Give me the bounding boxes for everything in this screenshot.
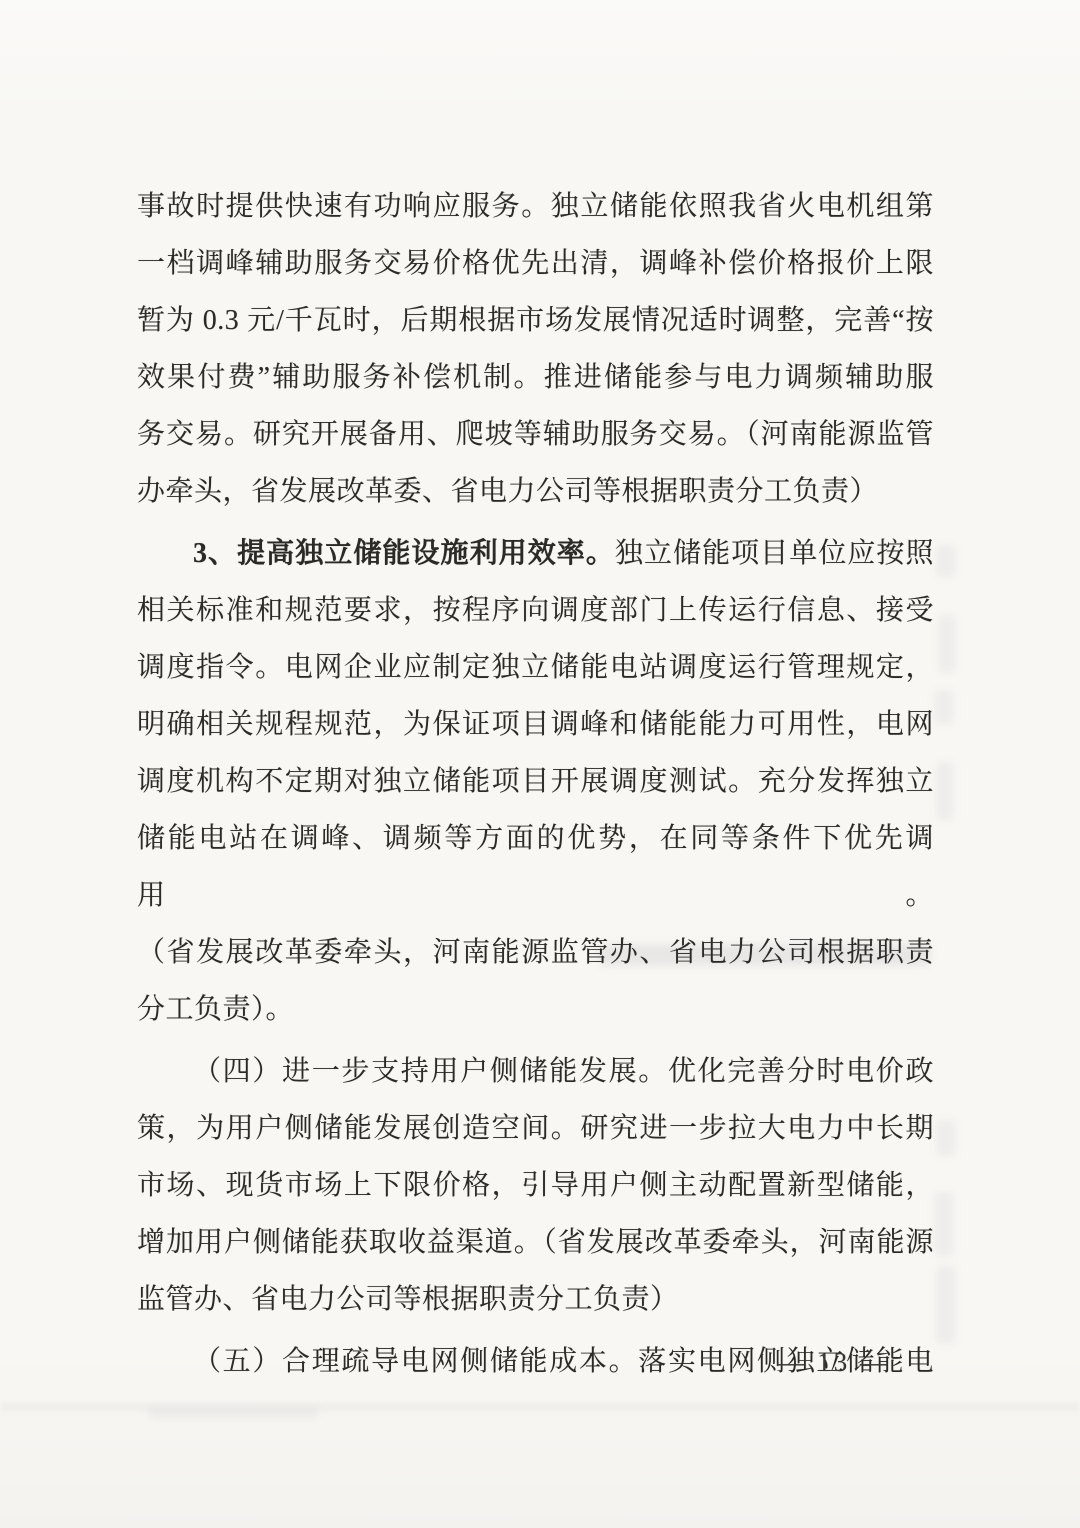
doc-line: 市场、现货市场上下限价格，引导用户侧主动配置新型储能，	[137, 1157, 934, 1214]
doc-line: 事故时提供快速有功响应服务。独立储能依照我省火电机组第	[137, 178, 934, 235]
body-text: 增加用户侧储能获取收益渠道。（省发展改革委牵头，河南能源	[137, 1227, 934, 1258]
body-text: 策，为用户侧储能发展创造空间。研究进一步拉大电力中长期	[137, 1113, 934, 1144]
bleedthrough-mark	[936, 762, 954, 820]
text-block: 事故时提供快速有功响应服务。独立储能依照我省火电机组第一档调峰辅助服务交易价格优…	[137, 178, 934, 1390]
doc-line: 分工负责）。	[137, 981, 934, 1038]
body-text: 储能电站在调峰、调频等方面的优势，在同等条件下优先调用。	[137, 823, 934, 911]
heading-text: 3、提高独立储能设施利用效率。	[193, 538, 615, 569]
body-text: 办牵头，省发展改革委、省电力公司等根据职责分工负责）	[137, 476, 878, 507]
doc-line: 相关标准和规范要求，按程序向调度部门上传运行信息、接受	[137, 582, 934, 639]
body-text: 分工负责）。	[137, 994, 294, 1025]
doc-line: 增加用户侧储能获取收益渠道。（省发展改革委牵头，河南能源	[137, 1214, 934, 1271]
body-text: 相关标准和规范要求，按程序向调度部门上传运行信息、接受	[137, 595, 934, 626]
bleedthrough-mark	[938, 615, 956, 673]
bleedthrough-mark	[148, 1408, 318, 1418]
body-text: 监管办、省电力公司等根据职责分工负责）	[137, 1284, 679, 1315]
doc-line: 明确相关规程规范，为保证项目调峰和储能能力可用性，电网	[137, 696, 934, 753]
body-text: （四）进一步支持用户侧储能发展。优化完善分时电价政	[193, 1056, 934, 1087]
doc-line: 3、提高独立储能设施利用效率。独立储能项目单位应按照	[137, 525, 934, 582]
body-text: 明确相关规程规范，为保证项目调峰和储能能力可用性，电网	[137, 709, 934, 740]
bleedthrough-mark	[934, 1192, 954, 1256]
bleedthrough-mark	[934, 690, 954, 724]
bleedthrough-mark	[936, 1120, 956, 1156]
body-text: 效果付费”辅助服务补偿机制。推进储能参与电力调频辅助服	[137, 362, 934, 393]
body-text: 事故时提供快速有功响应服务。独立储能依照我省火电机组第	[137, 191, 934, 222]
doc-line: 一档调峰辅助服务交易价格优先出清，调峰补偿价格报价上限	[137, 235, 934, 292]
body-text: 务交易。研究开展备用、爬坡等辅助服务交易。（河南能源监管	[137, 419, 934, 450]
doc-line: 暂为 0.3 元/千瓦时，后期根据市场发展情况适时调整，完善“按	[137, 292, 934, 349]
doc-line: 调度机构不定期对独立储能项目开展调度测试。充分发挥独立	[137, 753, 934, 810]
body-text: 市场、现货市场上下限价格，引导用户侧主动配置新型储能，	[137, 1170, 934, 1201]
doc-line: 办牵头，省发展改革委、省电力公司等根据职责分工负责）	[137, 463, 934, 520]
body-text: 调度指令。电网企业应制定独立储能电站调度运行管理规定，	[137, 652, 934, 683]
bleedthrough-mark	[0, 1403, 1080, 1411]
doc-line: 调度指令。电网企业应制定独立储能电站调度运行管理规定，	[137, 639, 934, 696]
doc-line: （四）进一步支持用户侧储能发展。优化完善分时电价政	[137, 1043, 934, 1100]
body-text: 调度机构不定期对独立储能项目开展调度测试。充分发挥独立	[137, 766, 934, 797]
doc-line: 效果付费”辅助服务补偿机制。推进储能参与电力调频辅助服	[137, 349, 934, 406]
body-text: （省发展改革委牵头，河南能源监管办、省电力公司根据职责	[137, 937, 934, 968]
doc-line: 务交易。研究开展备用、爬坡等辅助服务交易。（河南能源监管	[137, 406, 934, 463]
body-text: 暂为 0.3 元/千瓦时，后期根据市场发展情况适时调整，完善“按	[137, 305, 934, 336]
page-number: — 13 —	[137, 1340, 934, 1384]
bleedthrough-mark	[936, 1266, 956, 1344]
doc-line: （省发展改革委牵头，河南能源监管办、省电力公司根据职责	[137, 924, 934, 981]
bleedthrough-mark	[936, 545, 956, 577]
doc-line: 策，为用户侧储能发展创造空间。研究进一步拉大电力中长期	[137, 1100, 934, 1157]
document-page: 事故时提供快速有功响应服务。独立储能依照我省火电机组第一档调峰辅助服务交易价格优…	[0, 0, 1080, 1528]
body-text: 一档调峰辅助服务交易价格优先出清，调峰补偿价格报价上限	[137, 248, 934, 279]
doc-line: 储能电站在调峰、调频等方面的优势，在同等条件下优先调用。	[137, 810, 934, 924]
doc-line: 监管办、省电力公司等根据职责分工负责）	[137, 1271, 934, 1328]
body-text: 独立储能项目单位应按照	[615, 538, 934, 569]
